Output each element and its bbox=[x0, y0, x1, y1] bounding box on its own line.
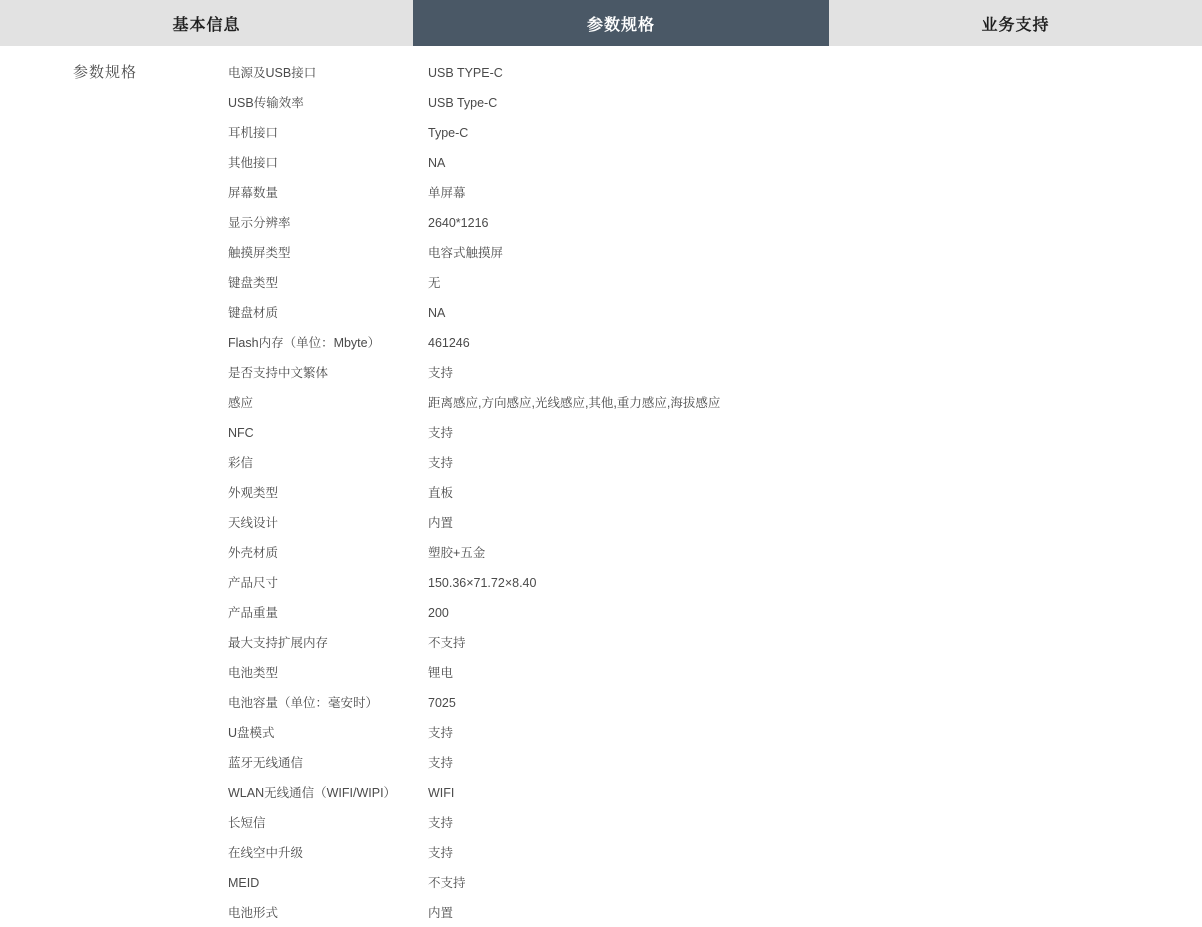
spec-row: 产品尺寸 150.36×71.72×8.40 bbox=[228, 568, 1202, 598]
spec-row: 屏幕数量 单屏幕 bbox=[228, 178, 1202, 208]
spec-row: 其他接口 NA bbox=[228, 148, 1202, 178]
tab-bar: 基本信息 参数规格 业务支持 bbox=[0, 0, 1202, 46]
spec-label: Flash内存（单位：Mbyte） bbox=[228, 328, 428, 358]
spec-row: 彩信 支持 bbox=[228, 448, 1202, 478]
spec-label: 最大支持扩展内存 bbox=[228, 628, 428, 658]
spec-row: USB传输效率 USB Type-C bbox=[228, 88, 1202, 118]
spec-row: 触摸屏类型 电容式触摸屏 bbox=[228, 238, 1202, 268]
spec-row: 外观类型 直板 bbox=[228, 478, 1202, 508]
spec-label: 电池类型 bbox=[228, 658, 428, 688]
spec-label: 天线设计 bbox=[228, 508, 428, 538]
spec-value: 内置 bbox=[428, 898, 1202, 927]
spec-label: MEID bbox=[228, 868, 428, 898]
spec-row: 电源及USB接口 USB TYPE-C bbox=[228, 58, 1202, 88]
tab-basic-info[interactable]: 基本信息 bbox=[0, 0, 413, 46]
spec-value: 2640*1216 bbox=[428, 208, 1202, 238]
spec-value: 461246 bbox=[428, 328, 1202, 358]
spec-value: 距离感应,方向感应,光线感应,其他,重力感应,海拔感应 bbox=[428, 388, 1202, 418]
spec-label: 外壳材质 bbox=[228, 538, 428, 568]
spec-value: 锂电 bbox=[428, 658, 1202, 688]
spec-label: 电池形式 bbox=[228, 898, 428, 927]
spec-label: 电源及USB接口 bbox=[228, 58, 428, 88]
spec-value: 不支持 bbox=[428, 628, 1202, 658]
spec-label: U盘模式 bbox=[228, 718, 428, 748]
spec-label: 感应 bbox=[228, 388, 428, 418]
spec-label: 在线空中升级 bbox=[228, 838, 428, 868]
spec-row: 键盘类型 无 bbox=[228, 268, 1202, 298]
spec-value: 支持 bbox=[428, 358, 1202, 388]
spec-value: 支持 bbox=[428, 418, 1202, 448]
spec-label: 键盘材质 bbox=[228, 298, 428, 328]
spec-value: WIFI bbox=[428, 778, 1202, 808]
spec-label: 蓝牙无线通信 bbox=[228, 748, 428, 778]
spec-label: 触摸屏类型 bbox=[228, 238, 428, 268]
spec-label: 产品重量 bbox=[228, 598, 428, 628]
spec-value: 支持 bbox=[428, 748, 1202, 778]
spec-label: 外观类型 bbox=[228, 478, 428, 508]
spec-row: 蓝牙无线通信 支持 bbox=[228, 748, 1202, 778]
spec-label: 显示分辨率 bbox=[228, 208, 428, 238]
spec-label: 键盘类型 bbox=[228, 268, 428, 298]
spec-value: 200 bbox=[428, 598, 1202, 628]
spec-row: 在线空中升级 支持 bbox=[228, 838, 1202, 868]
spec-value: 内置 bbox=[428, 508, 1202, 538]
spec-row: 产品重量 200 bbox=[228, 598, 1202, 628]
spec-row: 是否支持中文繁体 支持 bbox=[228, 358, 1202, 388]
spec-label: 屏幕数量 bbox=[228, 178, 428, 208]
spec-value: 电容式触摸屏 bbox=[428, 238, 1202, 268]
tab-business-support[interactable]: 业务支持 bbox=[829, 0, 1202, 46]
spec-value: 支持 bbox=[428, 718, 1202, 748]
spec-label: 电池容量（单位：毫安时） bbox=[228, 688, 428, 718]
spec-value: 支持 bbox=[428, 838, 1202, 868]
spec-label: 长短信 bbox=[228, 808, 428, 838]
spec-row: 电池类型 锂电 bbox=[228, 658, 1202, 688]
spec-row: MEID 不支持 bbox=[228, 868, 1202, 898]
spec-value: 7025 bbox=[428, 688, 1202, 718]
spec-row: 耳机接口 Type-C bbox=[228, 118, 1202, 148]
spec-row: 显示分辨率 2640*1216 bbox=[228, 208, 1202, 238]
spec-label: 耳机接口 bbox=[228, 118, 428, 148]
spec-label: 产品尺寸 bbox=[228, 568, 428, 598]
spec-row: Flash内存（单位：Mbyte） 461246 bbox=[228, 328, 1202, 358]
spec-value: USB Type-C bbox=[428, 88, 1202, 118]
spec-value: 直板 bbox=[428, 478, 1202, 508]
spec-row: 最大支持扩展内存 不支持 bbox=[228, 628, 1202, 658]
spec-label: USB传输效率 bbox=[228, 88, 428, 118]
spec-label: 是否支持中文繁体 bbox=[228, 358, 428, 388]
spec-section: 参数规格 电源及USB接口 USB TYPE-C USB传输效率 USB Typ… bbox=[0, 46, 1202, 927]
spec-value: 不支持 bbox=[428, 868, 1202, 898]
spec-value: 150.36×71.72×8.40 bbox=[428, 568, 1202, 598]
spec-row: 电池容量（单位：毫安时） 7025 bbox=[228, 688, 1202, 718]
spec-label: 其他接口 bbox=[228, 148, 428, 178]
spec-row: NFC 支持 bbox=[228, 418, 1202, 448]
spec-value: NA bbox=[428, 148, 1202, 178]
spec-row: 天线设计 内置 bbox=[228, 508, 1202, 538]
spec-value: 单屏幕 bbox=[428, 178, 1202, 208]
spec-value: 塑胶+五金 bbox=[428, 538, 1202, 568]
spec-row: 感应 距离感应,方向感应,光线感应,其他,重力感应,海拔感应 bbox=[228, 388, 1202, 418]
spec-value: 支持 bbox=[428, 448, 1202, 478]
spec-value: 无 bbox=[428, 268, 1202, 298]
spec-value: USB TYPE-C bbox=[428, 58, 1202, 88]
spec-row: 长短信 支持 bbox=[228, 808, 1202, 838]
spec-value: Type-C bbox=[428, 118, 1202, 148]
spec-row: U盘模式 支持 bbox=[228, 718, 1202, 748]
section-title: 参数规格 bbox=[0, 58, 228, 927]
tab-parameter-specs[interactable]: 参数规格 bbox=[413, 0, 829, 46]
spec-list: 电源及USB接口 USB TYPE-C USB传输效率 USB Type-C 耳… bbox=[228, 58, 1202, 927]
spec-row: 键盘材质 NA bbox=[228, 298, 1202, 328]
spec-value: NA bbox=[428, 298, 1202, 328]
spec-row: WLAN无线通信（WIFI/WIPI） WIFI bbox=[228, 778, 1202, 808]
spec-label: WLAN无线通信（WIFI/WIPI） bbox=[228, 778, 428, 808]
spec-row: 外壳材质 塑胶+五金 bbox=[228, 538, 1202, 568]
spec-row: 电池形式 内置 bbox=[228, 898, 1202, 927]
spec-value: 支持 bbox=[428, 808, 1202, 838]
spec-label: 彩信 bbox=[228, 448, 428, 478]
spec-label: NFC bbox=[228, 418, 428, 448]
